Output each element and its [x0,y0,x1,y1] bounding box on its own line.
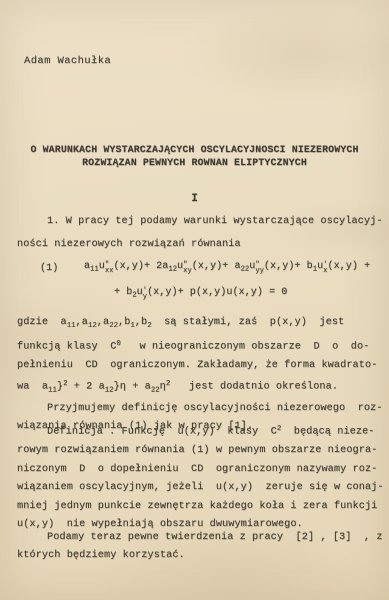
intro-paragraph: 1. W pracy tej podamy warunki wystarczaj… [17,210,381,256]
paper-title: O WARUNKACH WYSTARCZAJĄCYCH OSCYLACYJNOS… [0,143,389,169]
closing-paragraph: Podamy teraz pewne twierdzenia z pracy [… [17,529,381,565]
text-line: wa a11}2 + 2 a12}η + a22η2 jest dodatnio… [17,375,381,400]
scanned-paper-page: Adam Wachułka O WARUNKACH WYSTARCZAJĄCYC… [0,0,389,600]
text-line: ności niezerowych rozwiązań równania [17,233,381,256]
section-numeral: I [0,193,389,205]
text-line: Definicja . Funkcję u(x,y) klasy C2 będą… [17,420,381,442]
text-line: pełnieniu CD ograniczonym. Zakładamy, że… [17,357,381,375]
text-line: funkcją klasy C0 w nieograniczonym obsza… [17,335,381,357]
equation-line-2: + b2u′y(x,y)+ p(x,y)u(x,y) = 0 [114,288,287,301]
equation-label: (1) [40,264,58,274]
definition-paragraph: Definicja . Funkcję u(x,y) klasy C2 będą… [17,420,381,535]
paper-title-line-2: ROZWIĄZAN PEWNYCH ROWNAN ELIPTYCZNYCH [0,156,389,169]
author-name: Adam Wachułka [24,55,111,67]
text-line: Przyjmujemy definicję oscylacyjności nie… [17,400,381,418]
equation-line-1: a11u″xx(x,y)+ 2a12u″xy(x,y)+ a22u″yy(x,y… [84,262,370,275]
text-line: niczonym D o dopełnieniu CD ograniczonym… [17,461,381,480]
text-line: Podamy teraz pewne twierdzenia z pracy [… [17,529,381,547]
text-line: 1. W pracy tej podamy warunki wystarczaj… [17,210,381,233]
text-line: których będziemy korzystać. [17,547,381,565]
paper-title-line-1: O WARUNKACH WYSTARCZAJĄCYCH OSCYLACYJNOS… [0,143,389,156]
text-line: gdzie a11,a12,a22,b1,b2 są stałymi, zaś … [17,314,381,335]
text-line: mniej jednym punkcie zewnętrza każdego k… [17,498,381,517]
text-line: wiązaniem oscylacyjnym, jeżeli u(x,y) ze… [17,479,381,498]
coefficients-paragraph: gdzie a11,a12,a22,b1,b2 są stałymi, zaś … [17,314,381,436]
text-line: rowym rozwiązaniem równania (1) w pewnym… [17,442,381,461]
